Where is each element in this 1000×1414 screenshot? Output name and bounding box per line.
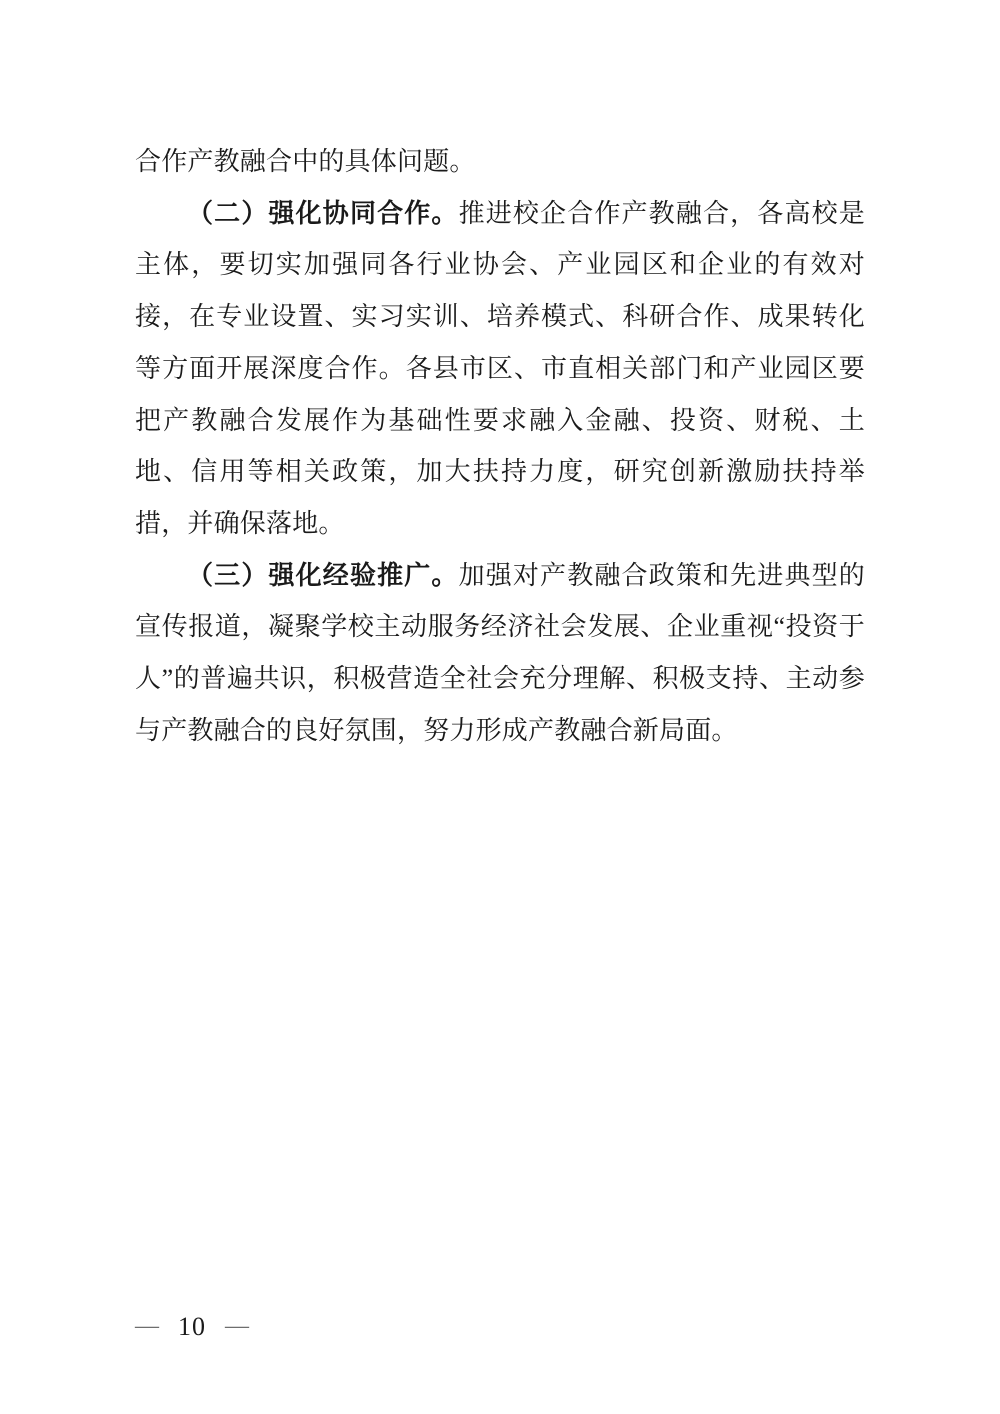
paragraph: 合作产教融合中的具体问题。 <box>135 136 865 188</box>
page: 合作产教融合中的具体问题。（二）强化协同合作。推进校企合作产教融合，各高校是主体… <box>0 0 1000 1414</box>
footer-dash-right: — <box>225 1314 249 1338</box>
document-page: { "page": { "background": "#ffffff", "te… <box>0 0 1000 1414</box>
paragraph-heading: （二）强化协同合作。 <box>187 199 459 228</box>
paragraph-heading: （三）强化经验推广。 <box>187 561 459 590</box>
paragraph: （二）强化协同合作。推进校企合作产教融合，各高校是主体，要切实加强同各行业协会、… <box>135 188 865 550</box>
paragraph-text: 合作产教融合中的具体问题。 <box>135 147 476 176</box>
document-body: 合作产教融合中的具体问题。（二）强化协同合作。推进校企合作产教融合，各高校是主体… <box>135 136 865 756</box>
paragraph: （三）强化经验推广。加强对产教融合政策和先进典型的宣传报道，凝聚学校主动服务经济… <box>135 550 865 757</box>
paragraph-text: 推进校企合作产教融合，各高校是主体，要切实加强同各行业协会、产业园区和企业的有效… <box>135 199 865 538</box>
page-footer: — 10 — <box>135 1312 249 1342</box>
footer-dash-left: — <box>135 1314 159 1338</box>
page-number: 10 <box>178 1312 206 1342</box>
